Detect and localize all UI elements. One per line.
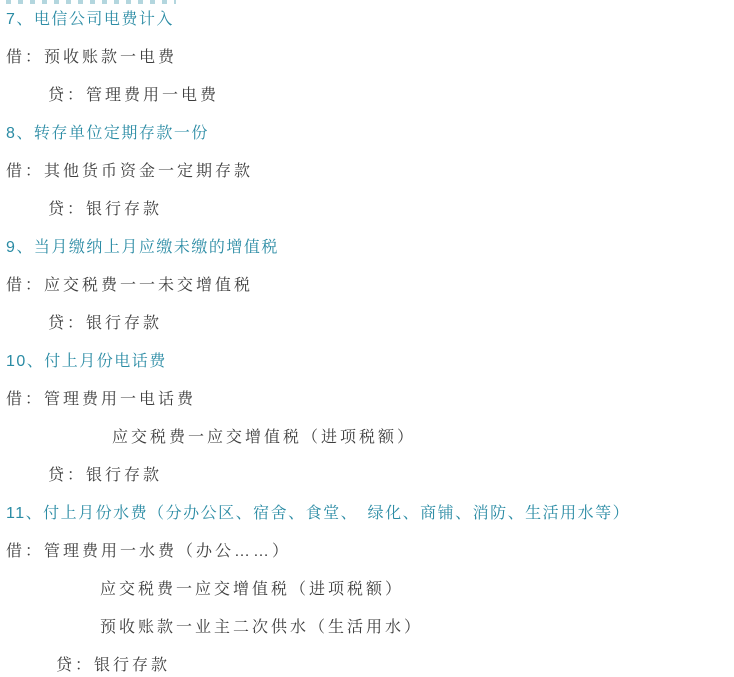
section-heading-8: 8、转存单位定期存款一份 [0, 115, 734, 153]
journal-entry-credit: 贷：银行存款 [0, 305, 734, 343]
section-heading-7: 7、电信公司电费计入 [0, 1, 734, 39]
section-heading-10: 10、付上月份电话费 [0, 343, 734, 381]
journal-entry-debit: 借：其他货币资金一定期存款 [0, 153, 734, 191]
journal-entry-detail: 预收账款一业主二次供水（生活用水） [0, 609, 734, 647]
journal-entry-credit: 贷：银行存款 [0, 457, 734, 495]
journal-entry-credit: 贷：银行存款 [0, 647, 734, 677]
journal-entry-detail: 应交税费一应交增值税（进项税额） [0, 419, 734, 457]
journal-entry-debit: 借：预收账款一电费 [0, 39, 734, 77]
journal-entry-debit: 借：管理费用一水费（办公……） [0, 533, 734, 571]
journal-entry-debit: 借：应交税费一一未交增值税 [0, 267, 734, 305]
accounting-notes-document: 7、电信公司电费计入 借：预收账款一电费 贷：管理费用一电费 8、转存单位定期存… [0, 0, 734, 677]
journal-entry-credit: 贷：管理费用一电费 [0, 77, 734, 115]
journal-entry-debit: 借：管理费用一电话费 [0, 381, 734, 419]
journal-entry-detail: 应交税费一应交增值税（进项税额） [0, 571, 734, 609]
section-heading-11: 11、付上月份水费（分办公区、宿舍、食堂、 绿化、商铺、消防、生活用水等） [0, 495, 734, 533]
journal-entry-credit: 贷：银行存款 [0, 191, 734, 229]
section-heading-9: 9、当月缴纳上月应缴未缴的增值税 [0, 229, 734, 267]
